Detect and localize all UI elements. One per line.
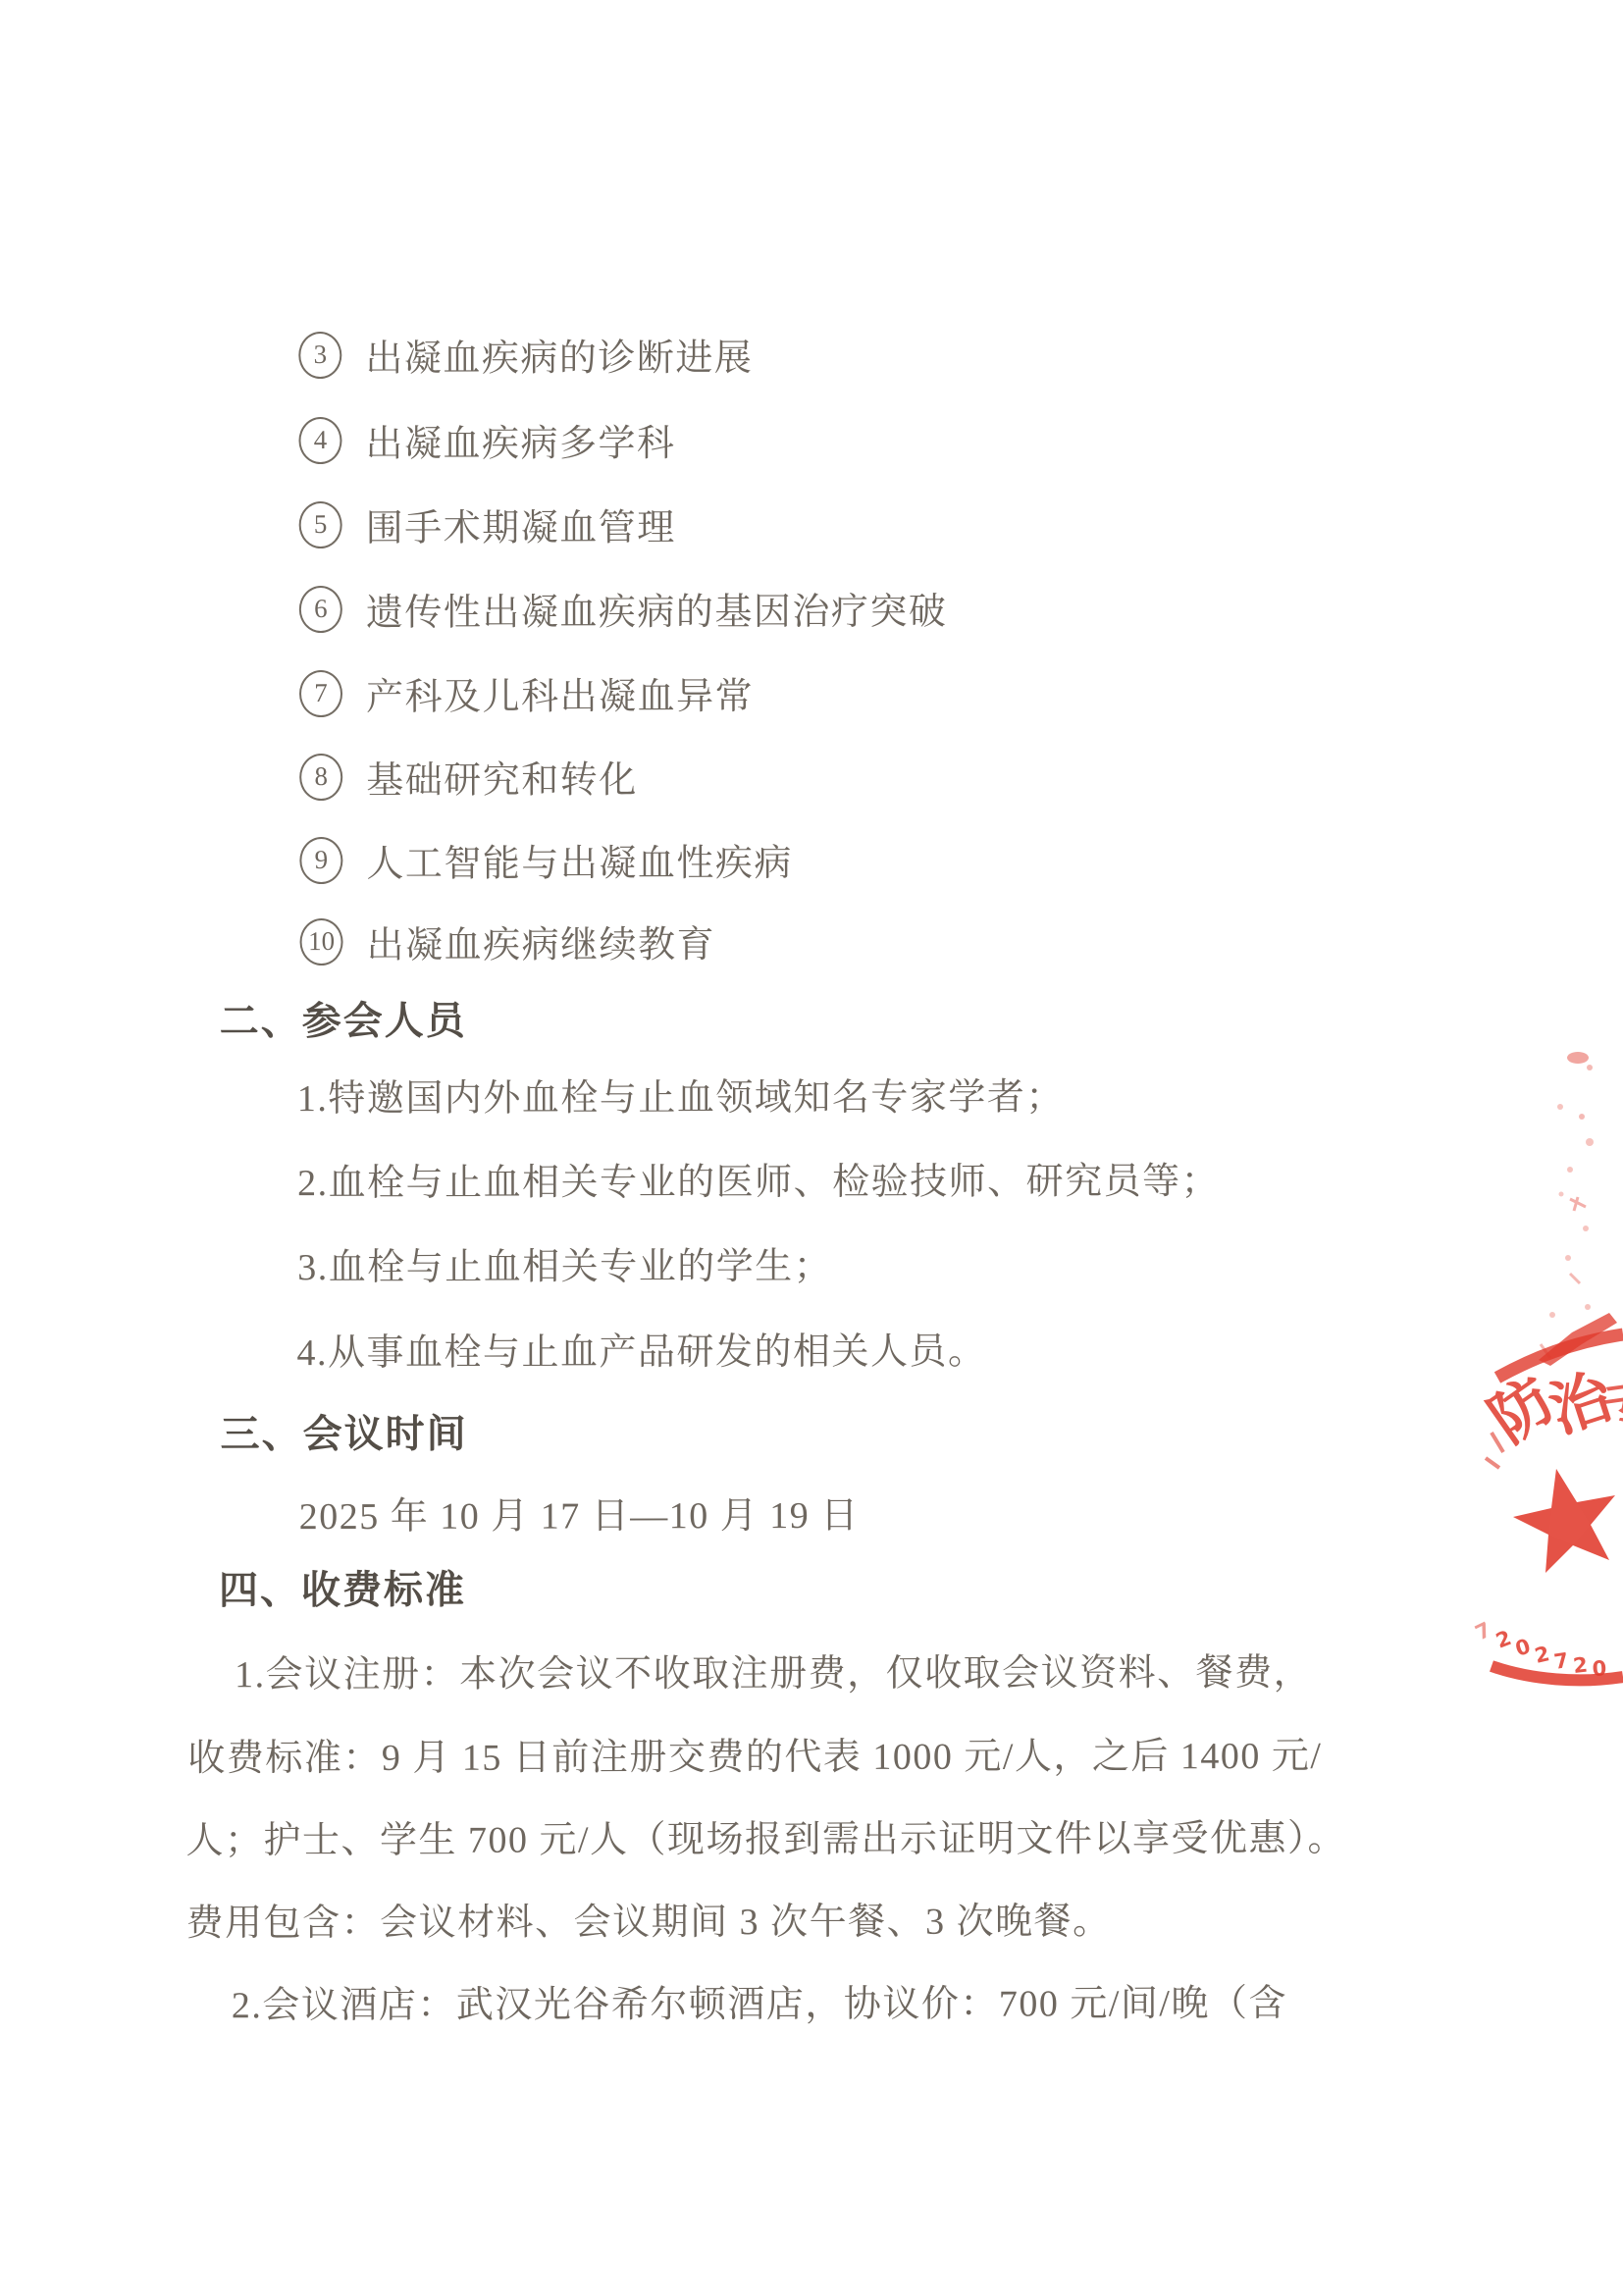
stamp-digit: 7 [1552,1648,1570,1674]
stamp-digit: 0 [1512,1635,1533,1661]
topic-item: 10 出凝血疾病继续教育 [300,913,716,968]
circled-number: 3 [298,332,341,379]
topic-item: 7 产科及儿科出凝血异常 [299,665,754,720]
attendees-item: 1.特邀国内外血栓与止血领域知名专家学者； [297,1075,1065,1122]
fees-line: 人；护士、学生 700 元/人（现场报到需出示证明文件以享受优惠）。 [185,1817,1346,1864]
stamp-partial-strokes [1486,1433,1503,1468]
circled-number: 8 [299,753,342,800]
topic-text: 产科及儿科出凝血异常 [366,665,754,720]
official-seal-stamp: 防 治 专 7 2 0 2 7 2 0 [1423,1020,1623,1697]
topic-text: 出凝血疾病多学科 [365,412,675,467]
fees-line: 费用包含：会议材料、会议期间 3 次午餐、3 次晚餐。 [186,1900,1112,1947]
circled-number: 5 [299,501,342,548]
fees-line: 收费标准：9 月 15 日前注册交费的代表 1000 元/人，之后 1400 元… [187,1735,1322,1782]
topic-text: 遗传性出凝血疾病的基因治疗突破 [366,581,948,636]
stamp-arc-char-partial: 专 [1599,1369,1623,1444]
document-page: 3 出凝血疾病的诊断进展 4 出凝血疾病多学科 5 围手术期凝血管理 6 遗传性… [0,0,1623,2296]
circled-number: 9 [299,836,342,883]
circled-number: 6 [299,586,342,633]
topic-item: 9 人工智能与出凝血性疾病 [299,832,793,887]
section-heading-attendees: 二、参会人员 [220,998,467,1046]
topic-item: 5 围手术期凝血管理 [299,496,676,551]
stamp-digit: 2 [1533,1642,1552,1668]
circled-number: 4 [298,417,341,464]
stamp-speckles [1541,1052,1594,1358]
text-layer: 3 出凝血疾病的诊断进展 4 出凝血疾病多学科 5 围手术期凝血管理 6 遗传性… [0,0,1623,2296]
topic-item: 3 出凝血疾病的诊断进展 [298,327,753,382]
topic-text: 出凝血疾病继续教育 [367,913,716,968]
stamp-digit: 2 [1492,1626,1514,1653]
attendees-item: 4.从事血栓与止血产品研发的相关人员。 [296,1331,986,1377]
attendees-item: 3.血栓与止血相关专业的学生； [297,1245,832,1291]
topic-text: 围手术期凝血管理 [366,496,676,551]
topic-item: 4 出凝血疾病多学科 [298,412,675,467]
topic-text: 人工智能与出凝血性疾病 [366,832,793,887]
topic-item: 8 基础研究和转化 [299,749,638,804]
fees-line: 1.会议注册：本次会议不收取注册费，仅收取会议资料、餐费， [235,1651,1312,1698]
topic-text: 出凝血疾病的诊断进展 [365,327,753,382]
circled-number: 10 [300,917,343,965]
section-heading-time: 三、会议时间 [221,1411,468,1459]
topic-item: 6 遗传性出凝血疾病的基因治疗突破 [299,581,948,636]
topic-text: 基础研究和转化 [366,749,638,804]
fees-line: 2.会议酒店：武汉光谷希尔顿酒店，协议价：700 元/间/晚（含 [232,1982,1287,2029]
stamp-digit: 2 [1572,1653,1589,1678]
meeting-date: 2025 年 10 月 17 日—10 月 19 日 [299,1494,860,1540]
stamp-digit-partial: 7 [1472,1618,1495,1645]
attendees-item: 2.血栓与止血相关专业的医师、检验技师、研究员等； [297,1160,1220,1207]
circled-number: 7 [299,670,342,717]
section-heading-fees: 四、收费标准 [219,1567,466,1615]
